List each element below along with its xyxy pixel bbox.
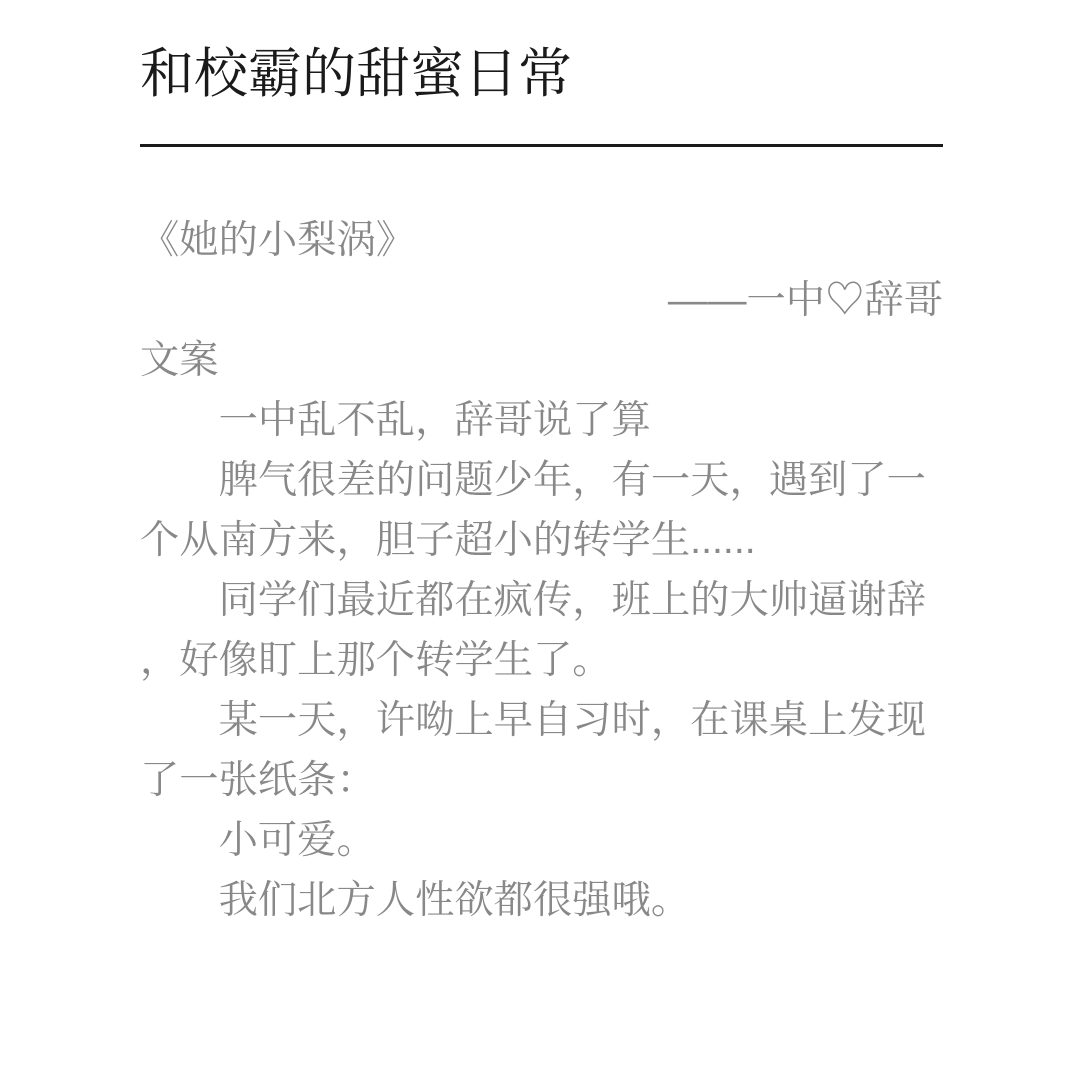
content-column: 和校霸的甜蜜日常 《她的小梨涡》 ——一中♡辞哥 文案 一中乱不乱，辞哥说了算 … <box>140 36 943 930</box>
reader-page: 和校霸的甜蜜日常 《她的小梨涡》 ——一中♡辞哥 文案 一中乱不乱，辞哥说了算 … <box>0 0 1080 1080</box>
paragraph: 脾气很差的问题少年，有一天，遇到了一个从南方来，胆子超小的转学生...... <box>140 450 943 570</box>
paragraph: 同学们最近都在疯传，班上的大帅逼谢辞，好像盯上那个转学生了。 <box>140 570 943 690</box>
section-label: 文案 <box>140 330 943 390</box>
paragraph: 我们北方人性欲都很强哦。 <box>140 870 943 930</box>
author-byline: ——一中♡辞哥 <box>140 270 943 330</box>
book-title: 《她的小梨涡》 <box>140 210 943 270</box>
paragraph: 某一天，许呦上早自习时，在课桌上发现了一张纸条： <box>140 690 943 810</box>
article-body: 《她的小梨涡》 ——一中♡辞哥 文案 一中乱不乱，辞哥说了算 脾气很差的问题少年… <box>140 210 943 930</box>
paragraph: 一中乱不乱，辞哥说了算 <box>140 390 943 450</box>
paragraph: 小可爱。 <box>140 810 943 870</box>
title-divider <box>140 144 943 147</box>
page-title: 和校霸的甜蜜日常 <box>140 36 943 112</box>
